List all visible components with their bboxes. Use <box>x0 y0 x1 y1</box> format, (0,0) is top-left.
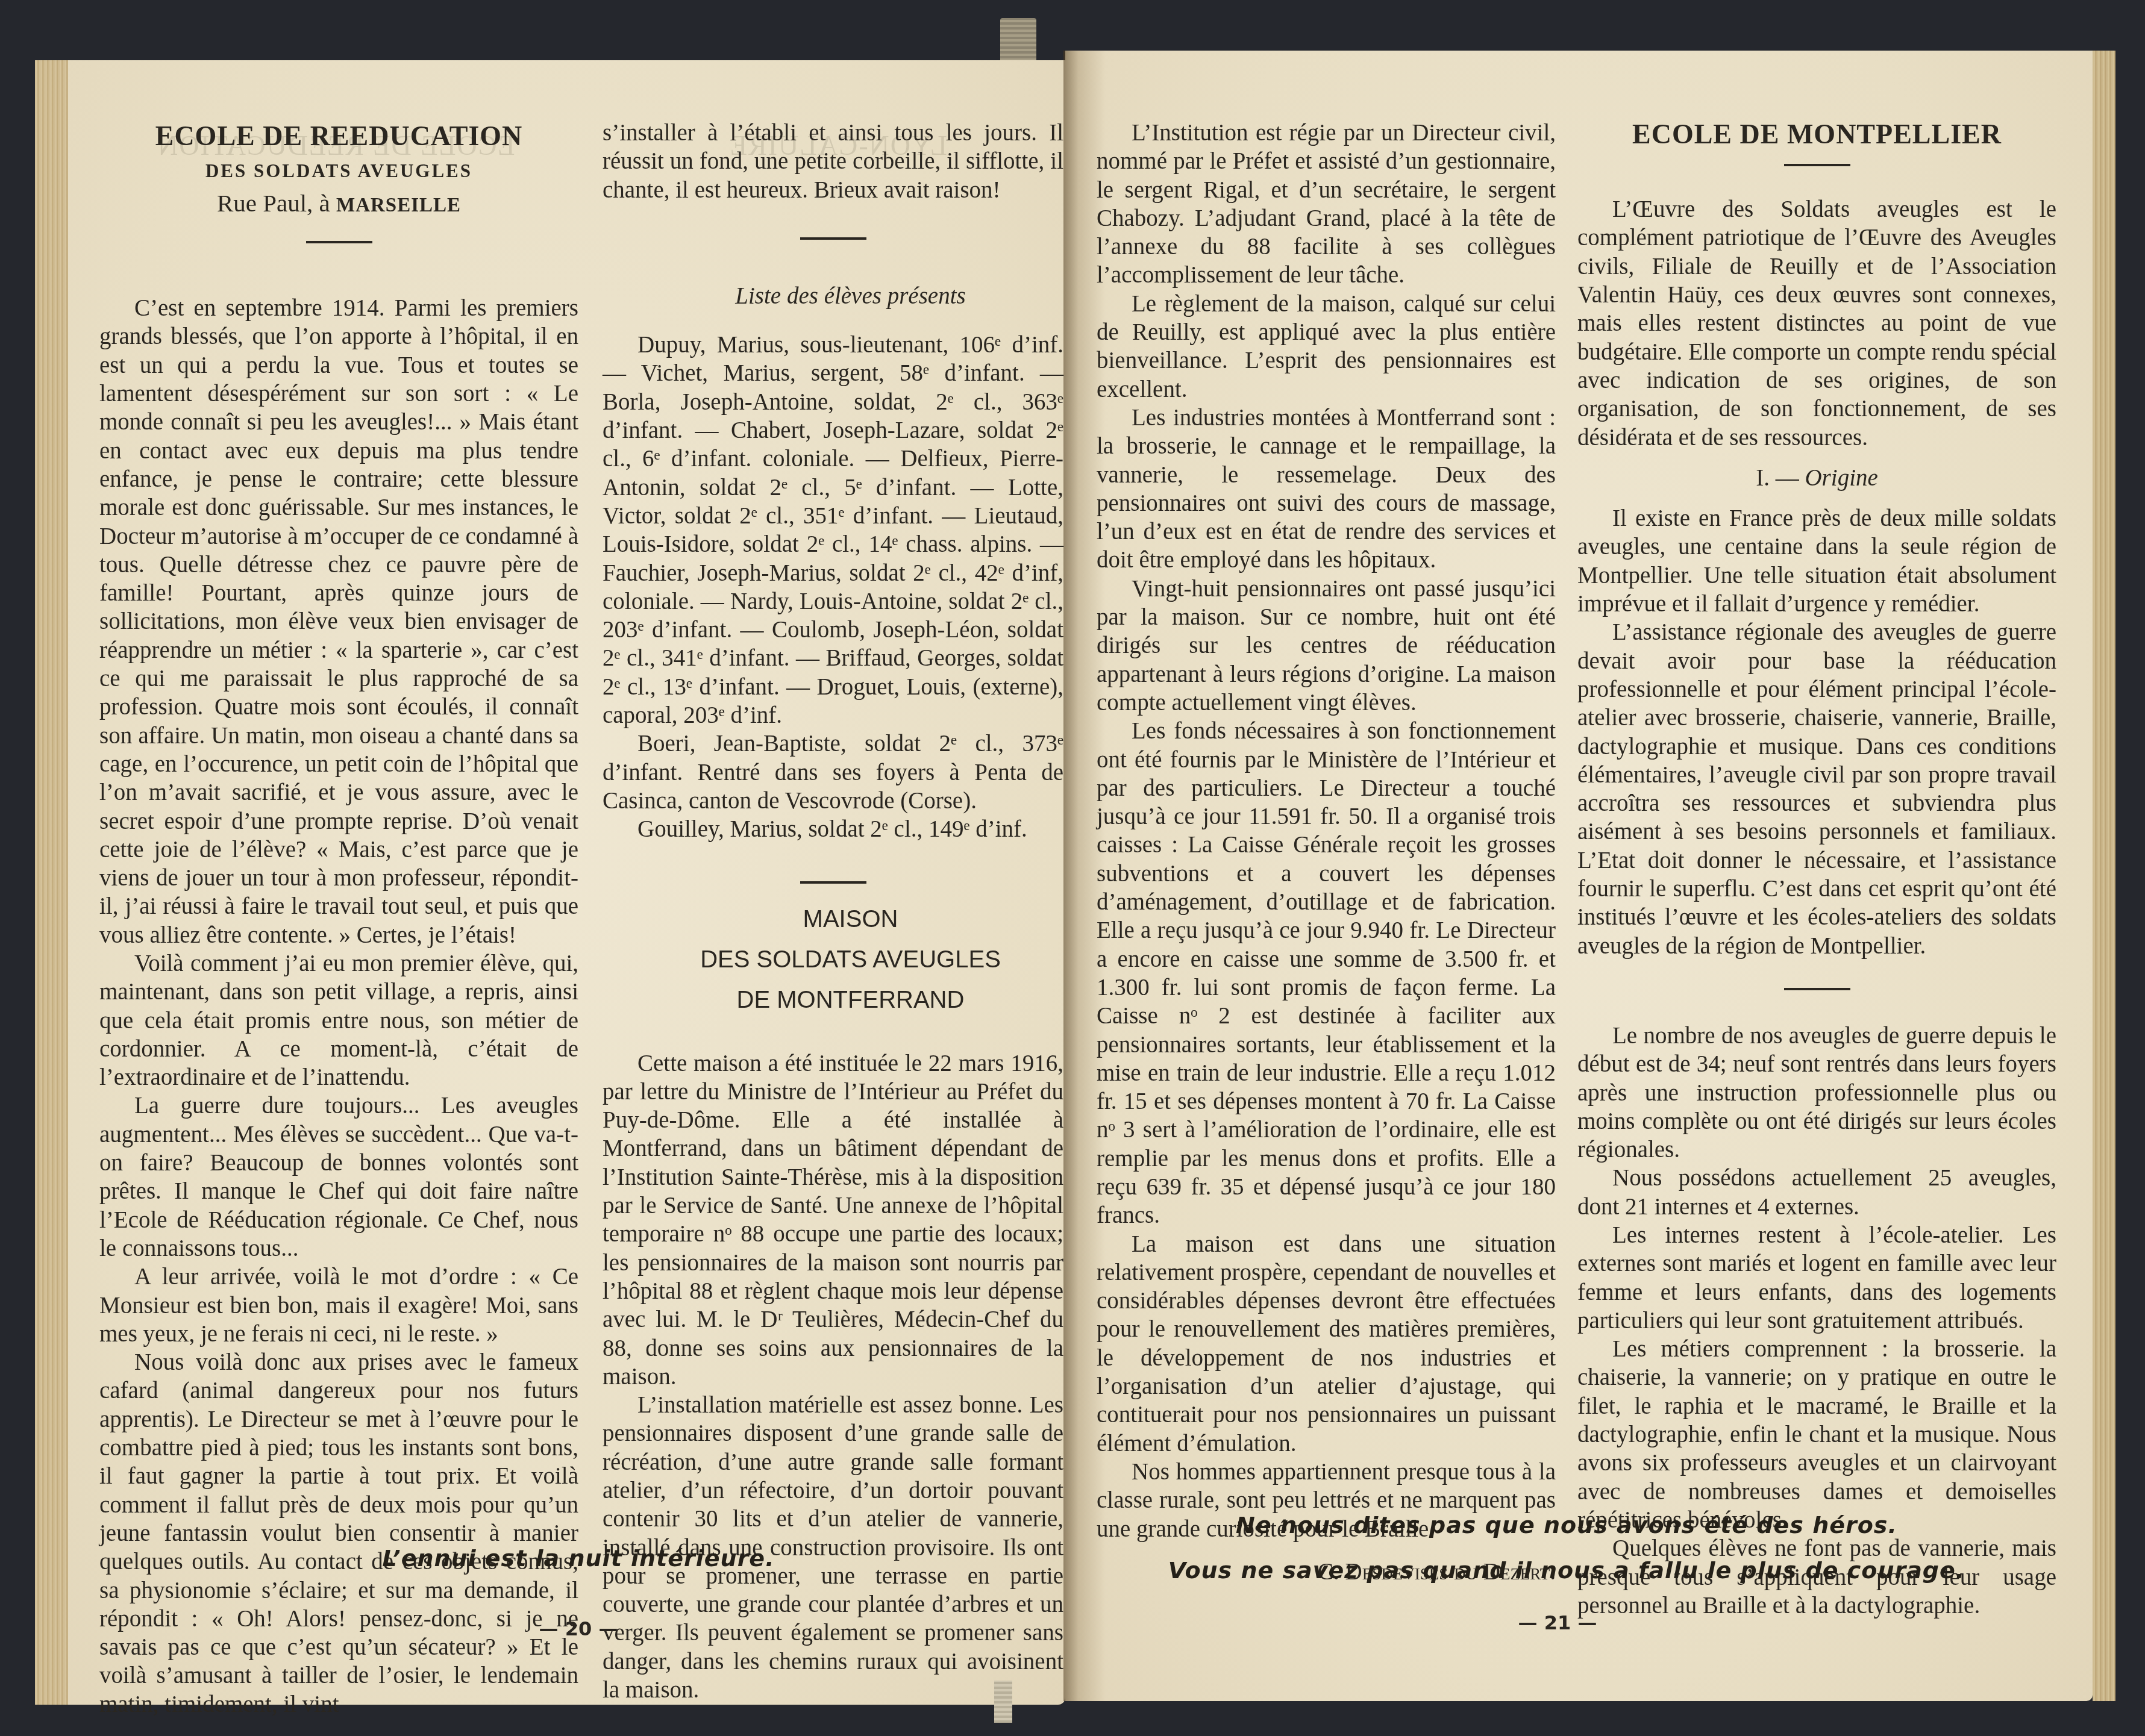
page-motto-line: Vous ne savez pas quand il nous a fallu … <box>1115 1557 2018 1584</box>
page-motto-line: Ne nous dites pas que nous avons été des… <box>1115 1512 2018 1538</box>
body-paragraph-continued: s’installer à l’établi et ainsi tous les… <box>603 119 1063 204</box>
page-motto: L’ennui est la nuit intérieure. <box>337 1545 819 1572</box>
body-paragraph: Les industries montées à Montferrand son… <box>1097 404 1556 575</box>
column-3: L’Institution est régie par un Directeur… <box>1097 119 1556 1586</box>
page-edges-right <box>2093 51 2115 1701</box>
body-paragraph: Nous possédons actuellement 25 aveugles,… <box>1577 1164 2056 1221</box>
body-paragraph: Les internes restent à l’école-atelier. … <box>1577 1221 2056 1335</box>
section-title: Origine <box>1805 465 1877 491</box>
page-edges-left <box>35 60 68 1705</box>
body-paragraph: A leur arrivée, voilà le mot d’ordre : «… <box>99 1263 578 1348</box>
location-city: MARSEILLE <box>336 195 461 216</box>
body-paragraph: L’Institution est régie par un Directeur… <box>1097 119 1556 290</box>
column-4: ECOLE DE MONTPELLIER L’Œuvre des Soldats… <box>1577 117 2056 1620</box>
divider-rule <box>1784 164 1850 166</box>
location-prefix: Rue Paul, à <box>217 189 330 217</box>
body-paragraph: Le nombre de nos aveugles de guerre depu… <box>1577 1022 2056 1164</box>
page-number-left: — 20 — <box>518 1617 639 1640</box>
body-paragraph: Le règlement de la maison, calqué sur ce… <box>1097 290 1556 404</box>
body-paragraph: Voilà comment j’ai eu mon premier élève,… <box>99 949 578 1091</box>
body-paragraph: L’assistance régionale des aveugles de g… <box>1577 618 2056 960</box>
student-list-paragraph: Dupuy, Marius, sous-lieutenant, 106ᵉ d’i… <box>603 331 1063 729</box>
maison-title-line: DE MONTFERRAND <box>603 980 1063 1020</box>
body-paragraph: La maison est dans une situation relativ… <box>1097 1230 1556 1458</box>
section-number: I. — <box>1756 465 1805 491</box>
body-paragraph: Cette maison a été instituée le 22 mars … <box>603 1049 1063 1391</box>
section-heading: I. — Origine <box>1577 464 2056 492</box>
body-paragraph: L’Œuvre des Soldats aveugles est le comp… <box>1577 195 2056 452</box>
divider-rule <box>1784 988 1850 990</box>
divider-rule <box>800 237 866 240</box>
body-paragraph: Vingt-huit pensionnaires ont passé jusqu… <box>1097 575 1556 717</box>
maison-title-line: MAISON <box>603 899 1063 940</box>
body-paragraph: Nous voilà donc aux prises avec le fameu… <box>99 1348 578 1719</box>
body-paragraph: Il existe en France près de deux mille s… <box>1577 504 2056 618</box>
student-list-paragraph: Gouilley, Marius, soldat 2ᵉ cl., 149ᵉ d’… <box>603 815 1063 843</box>
column-1: ECOLE DE REEDUCATION DES SOLDATS AVEUGLE… <box>99 119 578 1719</box>
divider-rule <box>306 241 372 243</box>
article-subtitle: DES SOLDATS AVEUGLES <box>99 156 578 186</box>
student-list-paragraph: Boeri, Jean-Baptiste, soldat 2ᵉ cl., 373… <box>603 729 1063 815</box>
body-paragraph: Les fonds nécessaires à son fonctionneme… <box>1097 717 1556 1229</box>
montpellier-title: ECOLE DE MONTPELLIER <box>1577 117 2056 151</box>
body-paragraph: Les métiers comprennent : la brosserie. … <box>1577 1335 2056 1534</box>
body-paragraph: C’est en septembre 1914. Parmi les premi… <box>99 294 578 949</box>
article-location: Rue Paul, à MARSEILLE <box>99 186 578 220</box>
divider-rule <box>800 881 866 884</box>
body-paragraph: La guerre dure toujours... Les aveugles … <box>99 1091 578 1263</box>
bookmark-ribbon-top <box>1000 18 1036 63</box>
article-title: ECOLE DE REEDUCATION <box>99 119 578 152</box>
student-list-heading: Liste des élèves présents <box>603 282 1063 310</box>
maison-title-line: DES SOLDATS AVEUGLES <box>603 940 1063 980</box>
column-2: s’installer à l’établi et ainsi tous les… <box>603 119 1063 1704</box>
page-number-right: — 21 — <box>1497 1611 1618 1634</box>
